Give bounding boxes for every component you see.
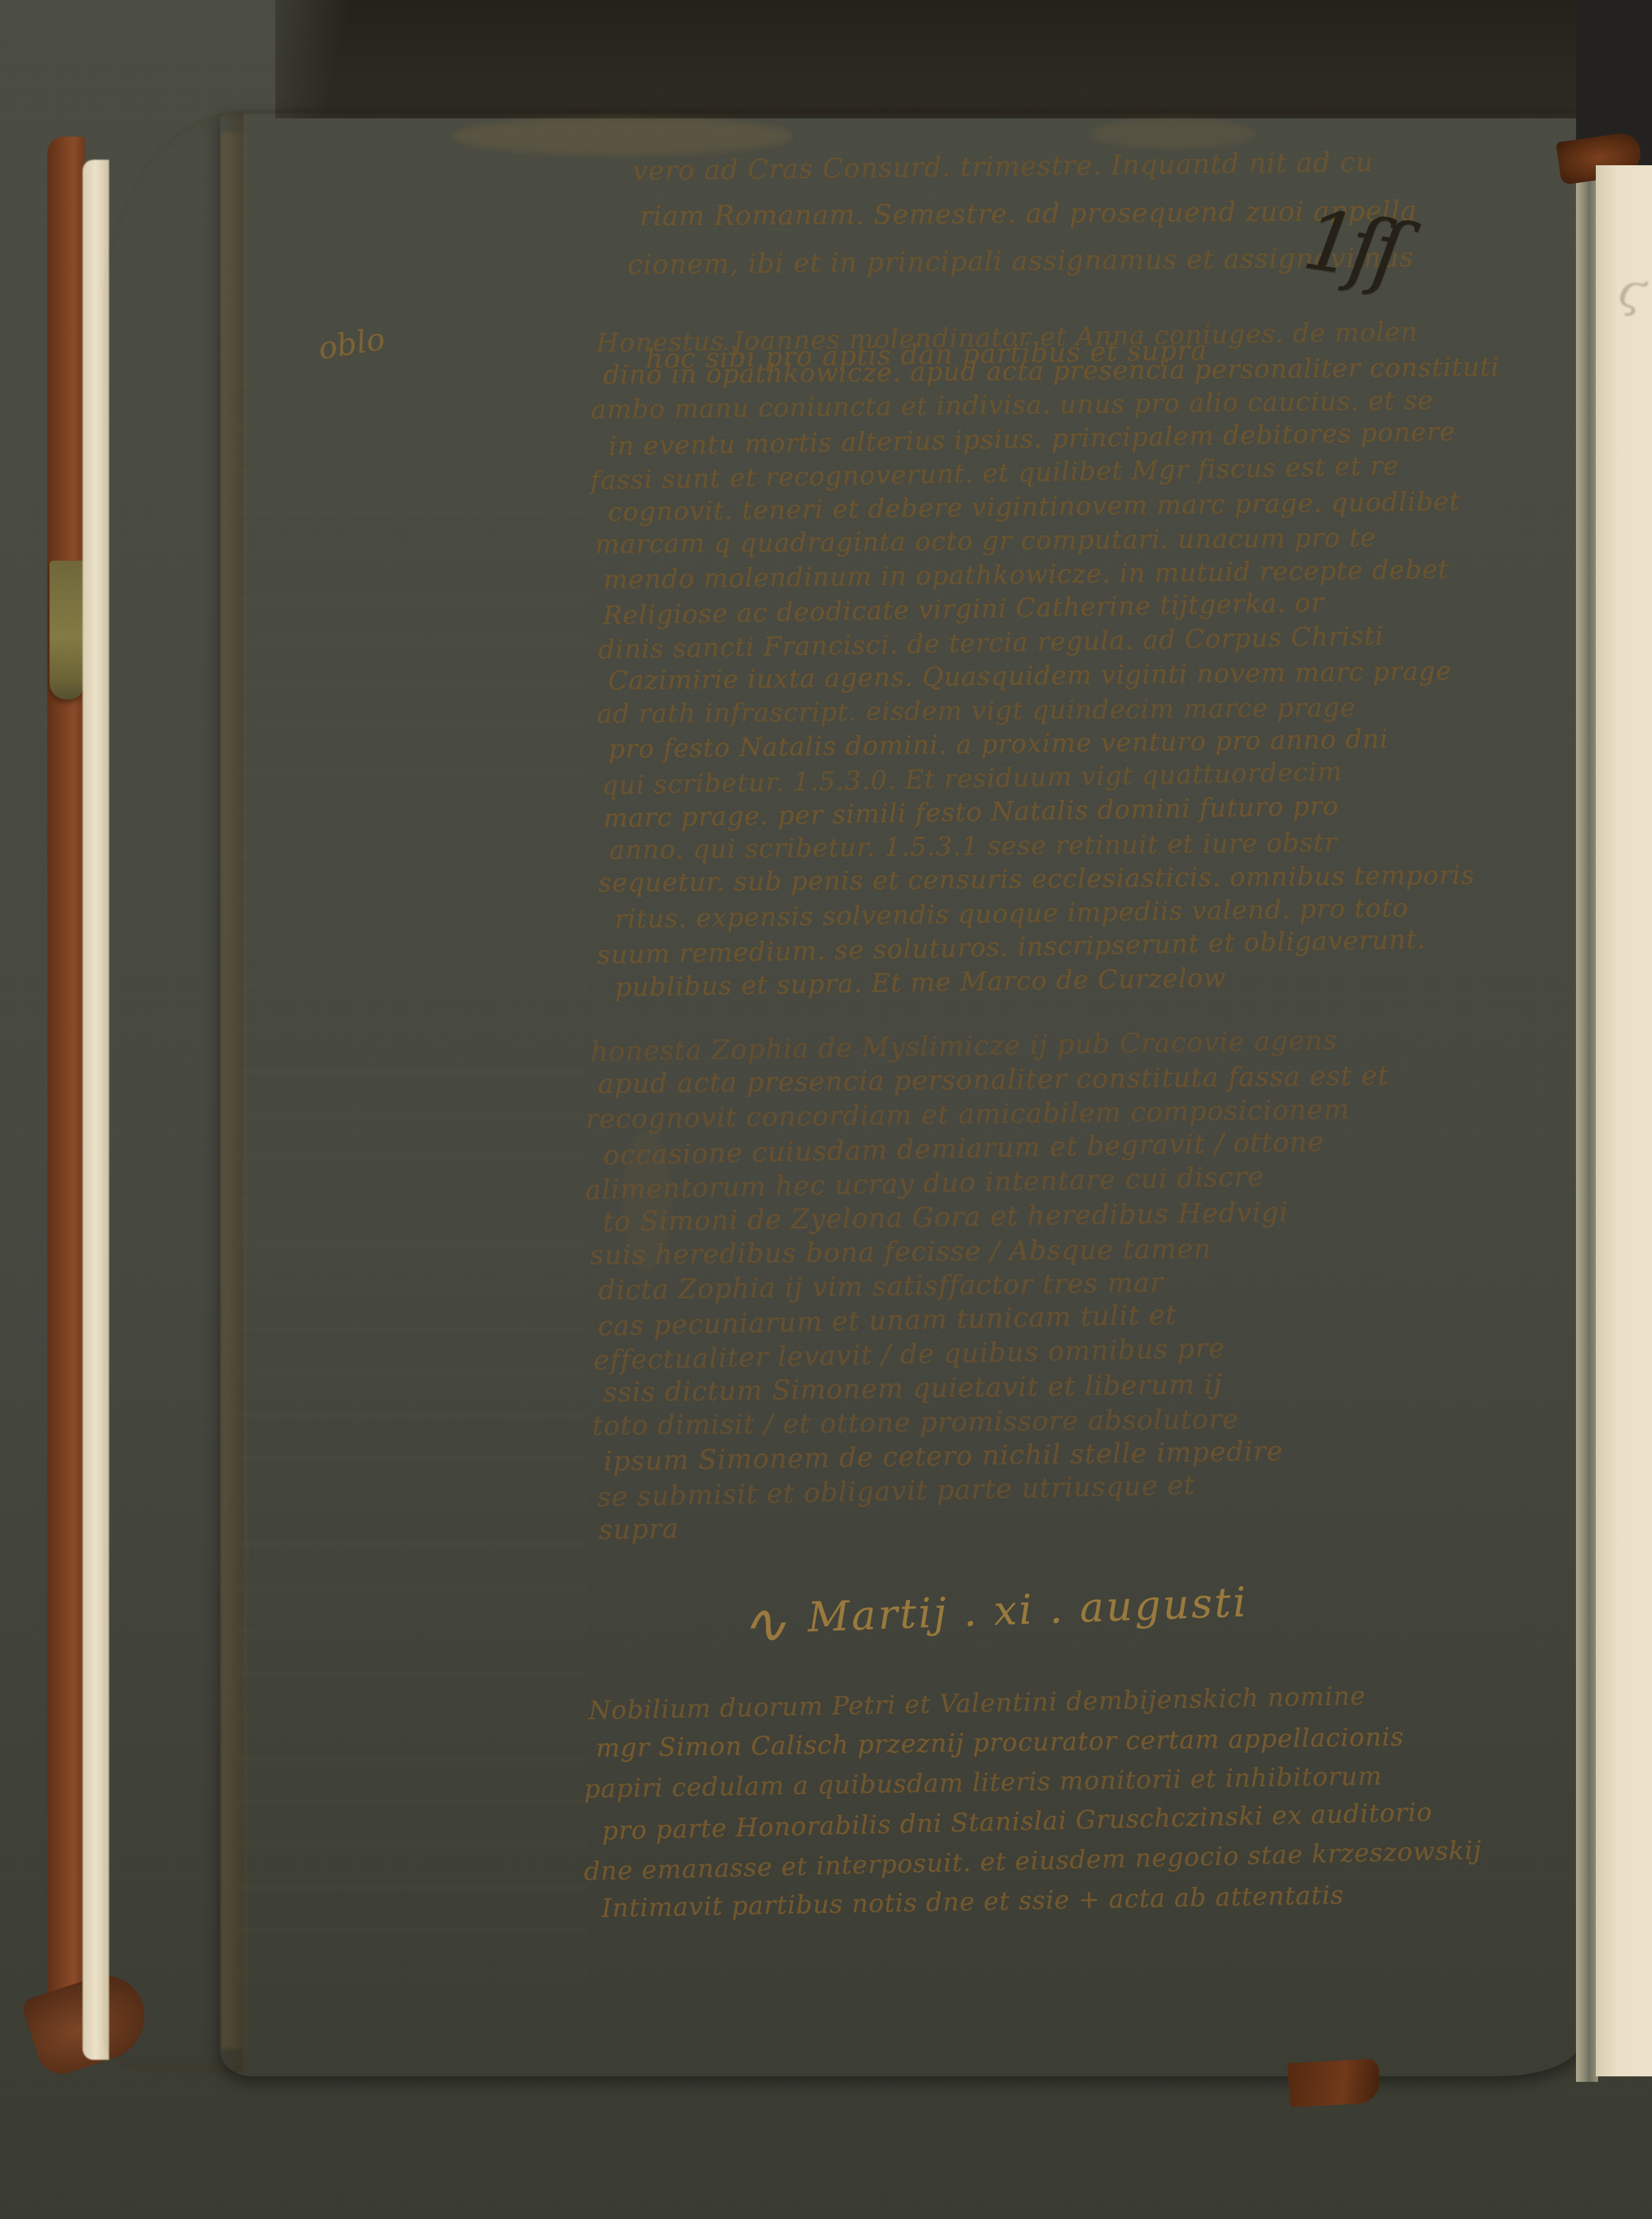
- manuscript-line: ad rath infrascript. eisdem vigt quindec…: [597, 692, 1356, 729]
- facing-page-showthrough-mark: ~~: [1583, 447, 1652, 489]
- top-shadow-band: [275, 0, 1652, 118]
- paper-stain: [1090, 118, 1256, 149]
- manuscript-line: supra: [599, 1513, 680, 1546]
- brass-clasp-strap: [50, 561, 84, 699]
- paper-stain: [452, 117, 793, 155]
- manuscript-line: riam Romanam. Semestre. ad prosequend zu…: [639, 195, 1417, 232]
- top-shadow-fade: [231, 0, 352, 127]
- leather-spine: [47, 137, 85, 2064]
- heading-swash-flourish: ∿: [740, 1591, 790, 1657]
- gutter-shadow: [1576, 113, 1598, 2082]
- manuscript-line: suis heredibus bona fecisse / Absque tam…: [590, 1233, 1211, 1271]
- date-heading-text: Martij . xi . augusti: [807, 1578, 1249, 1641]
- verso-showthrough: [237, 352, 589, 2005]
- manuscript-photo: ϛ ~~ oblo vero ad Cras Consurd. trimestr…: [0, 0, 1652, 2219]
- bottom-leather-tip: [1287, 2059, 1381, 2108]
- page-top-edge: [220, 109, 1575, 117]
- ink-correction-mark: 1ſſ: [1297, 192, 1405, 301]
